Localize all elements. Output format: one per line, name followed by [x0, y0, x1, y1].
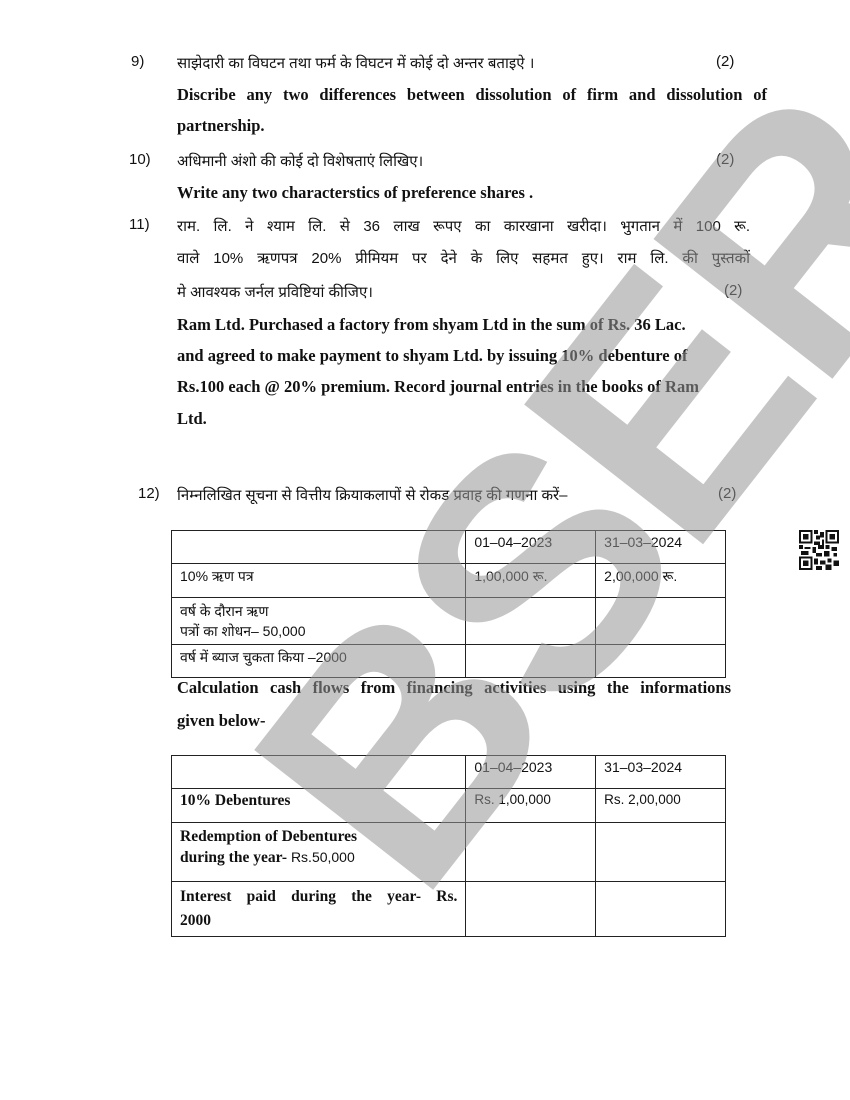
- table-cell-value: [596, 882, 726, 937]
- q10-marks: (2): [716, 151, 734, 168]
- table-header-blank: [172, 756, 466, 789]
- table-cell-label: वर्ष के दौरान ऋण पत्रों का शोधन– 50,000: [172, 598, 466, 645]
- redemption-amount: Rs.50,000: [291, 849, 355, 865]
- table-header-blank: [172, 531, 466, 564]
- q11-hindi-line3: मे आवश्यक जर्नल प्रविष्टियां कीजिए।: [177, 282, 373, 302]
- table-cell-value: [466, 823, 596, 882]
- interest-label-line2: 2000: [180, 912, 211, 929]
- table-cell-value: [596, 823, 726, 882]
- q11-number: 11): [129, 216, 150, 233]
- redemption-label-line1: Redemption of Debentures: [180, 828, 357, 845]
- exam-page: 9) साझेदारी का विघटन तथा फर्म के विघटन म…: [0, 0, 850, 1100]
- table-cell-value: Rs. 1,00,000: [466, 789, 596, 823]
- q10-english-line1: Write any two characterstics of preferen…: [177, 183, 533, 203]
- table-cell-value: 2,00,000 रू.: [596, 564, 726, 598]
- q11-marks: (2): [724, 282, 742, 299]
- table-cell-label: Interest paid during the year- Rs. 2000: [172, 882, 466, 937]
- q11-hindi-line1: राम. लि. ने श्याम लि. से 36 लाख रूपए का …: [177, 216, 750, 236]
- q11-english-line2: and agreed to make payment to shyam Ltd.…: [177, 346, 687, 366]
- table-cell-value: 1,00,000 रू.: [466, 564, 596, 598]
- q12-english-table: 01–04–2023 31–03–2024 10% Debentures Rs.…: [171, 755, 726, 937]
- q12-english-line1: Calculation cash flows from financing ac…: [177, 678, 731, 698]
- q9-english-line2: partnership.: [177, 116, 265, 136]
- table-cell-value: [596, 645, 726, 678]
- redemption-label-line2: during the year-: [180, 849, 291, 866]
- q12-hindi-text: निम्नलिखित सूचना से वित्तीय क्रियाकलापों…: [177, 485, 568, 505]
- q9-marks: (2): [716, 53, 734, 70]
- q10-number: 10): [129, 151, 151, 168]
- table-cell-label: वर्ष में ब्याज चुकता किया –2000: [172, 645, 466, 678]
- q9-number: 9): [131, 53, 144, 70]
- qr-code-icon: [799, 530, 839, 570]
- table-cell-value: [466, 882, 596, 937]
- q10-hindi-text: अधिमानी अंशो की कोई दो विशेषताएं लिखिए।: [177, 151, 423, 171]
- table-cell-label: 10% Debentures: [172, 789, 466, 823]
- q12-number: 12): [138, 485, 160, 502]
- q12-hindi-table: 01–04–2023 31–03–2024 10% ऋण पत्र 1,00,0…: [171, 530, 726, 678]
- q11-english-line4: Ltd.: [177, 409, 207, 429]
- table-cell-label: Redemption of Debentures during the year…: [172, 823, 466, 882]
- q11-english-line1: Ram Ltd. Purchased a factory from shyam …: [177, 315, 686, 335]
- table-header-date-2023: 01–04–2023: [466, 756, 596, 789]
- q12-marks: (2): [718, 485, 736, 502]
- table-header-date-2024: 31–03–2024: [596, 756, 726, 789]
- table-cell-value: [466, 645, 596, 678]
- q12-english-line2: given below-: [177, 711, 265, 731]
- table-cell-value: [466, 598, 596, 645]
- table-cell-value: Rs. 2,00,000: [596, 789, 726, 823]
- q9-hindi-text: साझेदारी का विघटन तथा फर्म के विघटन में …: [177, 53, 534, 73]
- table-cell-value: [596, 598, 726, 645]
- table-header-date-2024: 31–03–2024: [596, 531, 726, 564]
- table-cell-label: 10% ऋण पत्र: [172, 564, 466, 598]
- table-header-date-2023: 01–04–2023: [466, 531, 596, 564]
- q11-hindi-line2: वाले 10% ऋणपत्र 20% प्रीमियम पर देने के …: [177, 248, 750, 268]
- interest-label-line1: Interest paid during the year- Rs.: [180, 885, 457, 909]
- q9-english-line1: Discribe any two differences between dis…: [177, 85, 767, 105]
- q11-english-line3: Rs.100 each @ 20% premium. Record journa…: [177, 377, 699, 397]
